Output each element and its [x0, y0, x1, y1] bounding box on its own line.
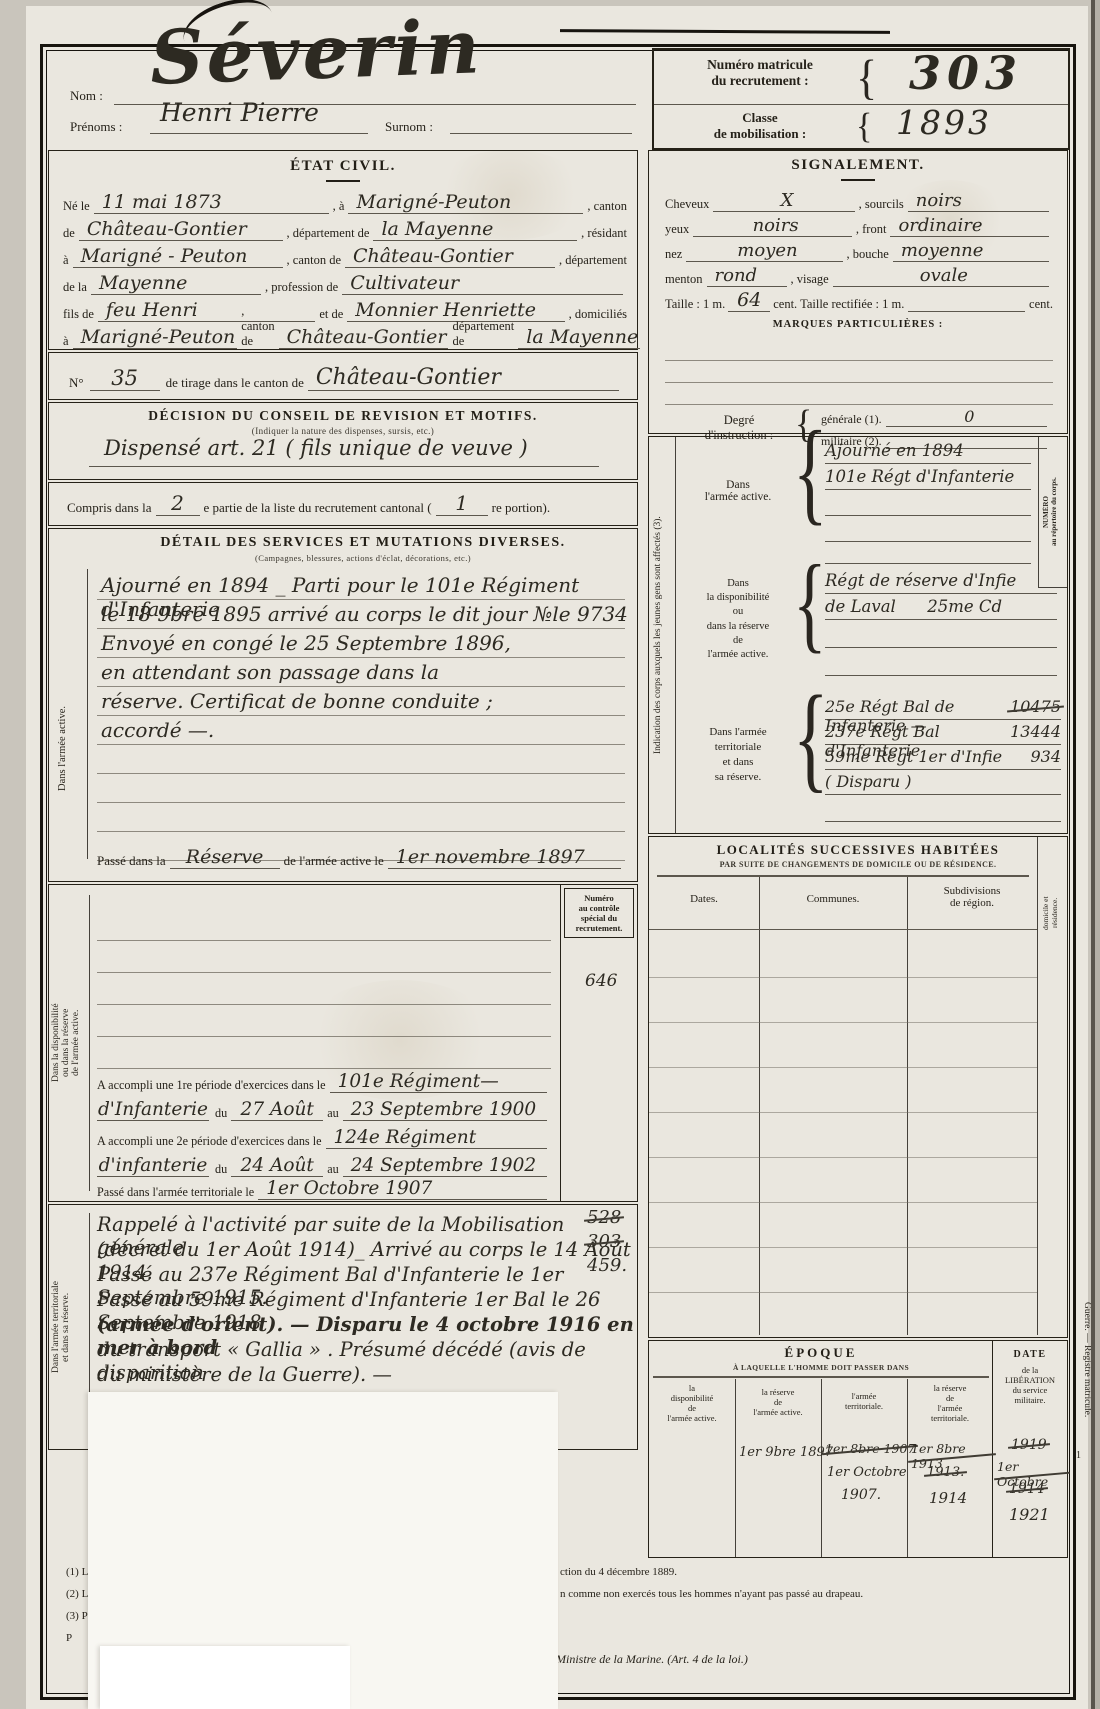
services-entry: le 18 9bre 1895 arrivé au corps le dit j… [101, 602, 628, 626]
blank-line [825, 653, 1057, 676]
signalement-line: mentonrond, visageovale [665, 262, 1053, 287]
services-entry: en attendant son passage dans la [101, 660, 439, 684]
date-liberation-value-struck: 1919 [1011, 1437, 1047, 1453]
disponibilite-section: Dans la disponibilité ou dans la réserve… [48, 884, 638, 1202]
corps-dispo-label: Dans la disponibilité ou dans la réserve… [683, 577, 793, 662]
front-label: , front [856, 222, 887, 237]
label: département de [452, 319, 514, 349]
label: de [63, 226, 75, 241]
corps-terr-entry: 59me Regt 1er d'Infie [825, 747, 1002, 769]
passe-reserve-date: 1er novembre 1897 [388, 846, 621, 869]
blank-line [825, 799, 1061, 822]
footnote-4: P [66, 1632, 72, 1644]
brace-icon: { [856, 49, 877, 105]
localites-side-label: domicile et résidence. [1041, 843, 1065, 983]
epoque-title: ÉPOQUE [649, 1345, 993, 1361]
parents-departement-value: la Mayenne [518, 326, 640, 349]
tirage-canton-value: Château-Gontier [308, 365, 619, 391]
label: à [63, 334, 69, 349]
cent-label: cent. [1029, 297, 1053, 312]
passe-reserve-label: Passé dans la [97, 853, 166, 869]
epoque-reserve-terr-struck: 1913. [927, 1465, 964, 1480]
territoriale-side-label: Dans l'armée territoriale et dans sa rés… [51, 1221, 83, 1433]
brace-icon: { [793, 672, 829, 808]
ruled-lines [649, 933, 1037, 1333]
label: de la [63, 280, 87, 295]
visage-label: , visage [791, 272, 829, 287]
localites-subtitle: PAR SUITE DE CHANGEMENTS DE DOMICILE OU … [649, 860, 1067, 869]
footnote-1-fragment: ction du 4 décembre 1889. [560, 1566, 677, 1578]
etat-civil-line: Né le11 mai 1873, àMarigné-Peuton, canto… [63, 187, 627, 214]
label: Né le [63, 199, 90, 214]
label: , département [559, 253, 627, 268]
tirage-number-value: 35 [90, 366, 160, 391]
decision-underline [89, 466, 599, 467]
date-liberation-title: DATE [993, 1349, 1067, 1360]
localites-section: LOCALITÉS SUCCESSIVES HABITÉES PAR SUITE… [648, 836, 1068, 1338]
decision-title: DÉCISION DU CONSEIL DE REVISION ET MOTIF… [49, 408, 637, 424]
services-entry: réserve. Certificat de bonne conduite ; [101, 689, 493, 713]
cheveux-label: Cheveux [665, 197, 709, 212]
blank-line [825, 545, 1031, 564]
services-side-label: Dans l'armée active. [57, 639, 68, 859]
brace-icon: { [793, 406, 828, 539]
nez-label: nez [665, 247, 682, 262]
decision-section: DÉCISION DU CONSEIL DE REVISION ET MOTIF… [48, 402, 638, 480]
corps-terr-entry-disparu: ( Disparu ) [825, 772, 912, 791]
tirage-section: N° 35 de tirage dans le canton de Châtea… [48, 352, 638, 400]
etat-civil-line: àMarigné-Peuton, canton deChâteau-Gontie… [63, 322, 627, 349]
matricule-box: Numéro matricule du recrutement : { 303 … [652, 48, 1070, 150]
footnote-2-fragment: n comme non exercés tous les hommes n'ay… [560, 1588, 863, 1600]
signalement-line: Taille : 1 m.64cent. Taille rectifiée : … [665, 287, 1053, 312]
numero-special-column: Numéro au contrôle spécial du recrutemen… [560, 885, 637, 1201]
title-rule [326, 180, 360, 182]
corps-active-label: Dans l'armée active. [683, 479, 793, 503]
prenoms-value: Henri Pierre [160, 98, 319, 127]
ruled-lines [665, 339, 1053, 405]
taille-rectifiee-blank [908, 311, 1025, 312]
side-margin-page-number: 1 [1076, 1450, 1081, 1461]
title-rule [841, 179, 875, 181]
localites-title: LOCALITÉS SUCCESSIVES HABITÉES [649, 842, 1067, 858]
etat-civil-title: ÉTAT CIVIL. [49, 158, 637, 175]
side-label-divider [89, 895, 90, 1191]
etat-civil-line: àMarigné - Peuton, canton deChâteau-Gont… [63, 241, 627, 268]
corps-terr-label: Dans l'armée territoriale et dans sa rés… [683, 725, 793, 784]
birth-place-value: Marigné-Peuton [348, 191, 583, 214]
etat-civil-line: deChâteau-Gontier, département dela Maye… [63, 214, 627, 241]
date-liberation-value: 1921 [1009, 1505, 1050, 1524]
departement-value: la Mayenne [373, 218, 577, 241]
menton-label: menton [665, 272, 703, 287]
epoque-section: DATE de la LIBÉRATION du service militai… [648, 1340, 1068, 1558]
label: , profession de [265, 280, 338, 295]
services-section: Dans l'armée active. DÉTAIL DES SERVICES… [48, 528, 638, 882]
residence-departement-value: Mayenne [91, 272, 261, 295]
corps-active-entry: Ajourné en 1894 [825, 441, 964, 460]
corps-row-terr: Dans l'armée territoriale et dans sa rés… [675, 695, 1067, 829]
corps-terr-number: 13444 [1010, 722, 1061, 744]
corps-side-label: Indication des corps auxquels les jeunes… [653, 443, 663, 827]
compris-label: e partie de la liste du recrutement cant… [204, 500, 432, 516]
epoque-main: ÉPOQUE À LAQUELLE L'HOMME DOIT PASSER DA… [649, 1341, 993, 1557]
compris-section: Compris dans la 2 e partie de la liste d… [48, 482, 638, 526]
corps-terr-number: 934 [1030, 747, 1061, 769]
nom-value: Séverin [149, 4, 484, 102]
localites-rule [657, 875, 1029, 877]
disponibilite-side-label: Dans la disponibilité ou dans la réserve… [51, 905, 87, 1181]
services-subtitle: (Campagnes, blessures, actions d'éclat, … [89, 553, 637, 563]
compris-label: re portion). [492, 500, 550, 516]
localites-col-dates: Dates. [649, 893, 759, 905]
periode1-debut: 27 Août [231, 1099, 323, 1121]
degre-generale-value: 0 [886, 407, 1047, 427]
epoque-subtitle: À LAQUELLE L'HOMME DOIT PASSER DANS [649, 1363, 993, 1372]
marques-label: MARQUES PARTICULIÈRES : [649, 319, 1067, 330]
tirage-no-label: N° [69, 375, 84, 391]
brace-icon: { [793, 543, 827, 667]
surnom-underline [450, 133, 632, 134]
margin-number: 459. [587, 1255, 627, 1276]
numero-special-header: Numéro au contrôle spécial du recrutemen… [564, 888, 634, 938]
front-value: ordinaire [890, 215, 1049, 237]
decision-subtitle: (Indiquer la nature des dispenses, sursi… [49, 426, 637, 436]
label: , canton de [241, 304, 274, 349]
matricule-value: 303 [909, 46, 1023, 100]
menton-value: rond [707, 265, 787, 287]
services-entry: accordé —. [101, 718, 214, 742]
signalement-line: CheveuxX, sourcilsnoirs [665, 187, 1053, 212]
epoque-territoriale-value: 1er Octobre [827, 1465, 907, 1480]
passe-reserve-label2: de l'armée active le [284, 853, 384, 869]
corps-active-entry: 101e Régt d'Infanterie [825, 467, 1014, 486]
signalement-section: SIGNALEMENT. CheveuxX, sourcilsnoirs yeu… [648, 150, 1068, 434]
margin-number-struck: 528 [587, 1207, 621, 1228]
label-du: du [215, 1106, 227, 1121]
epoque-col2-header: la réserve de l'armée active. [735, 1387, 821, 1417]
corps-dispo-entry: de Laval 25me Cd [825, 597, 1002, 616]
label: , canton de [287, 253, 342, 268]
label: à [63, 253, 69, 268]
passe-territoriale-date: 1er Octobre 1907 [258, 1178, 547, 1200]
periode2-debut: 24 Août [231, 1155, 323, 1177]
footnote-2: (2) L' [66, 1588, 90, 1600]
services-entry: Envoyé en congé le 25 Septembre 1896, [101, 631, 511, 655]
etat-civil-section: ÉTAT CIVIL. Né le11 mai 1873, àMarigné-P… [48, 150, 638, 350]
visage-value: ovale [833, 265, 1049, 287]
corps-line: 101e Régt d'Infanterie [825, 467, 1031, 490]
portion-value: 1 [436, 491, 488, 516]
date-liberation-value-struck: 1914 [1009, 1481, 1045, 1497]
epoque-col4-header: la réserve de l'armée territoriale. [907, 1383, 993, 1423]
corps-line: 237e Régt Bal d'Infanterie 13444 [825, 722, 1061, 745]
tirage-label: de tirage dans le canton de [166, 375, 304, 391]
label: , département de [287, 226, 370, 241]
residence-value: Marigné - Peuton [73, 245, 283, 268]
corps-side-strip: Indication des corps auxquels les jeunes… [649, 437, 676, 833]
matricule-sheet: Nom : Séverin Prénoms : Henri Pierre Sur… [0, 0, 1100, 1709]
residence-canton-value: Château-Gontier [345, 245, 555, 268]
label: , domiciliés [569, 307, 627, 322]
father-value: feu Henri [98, 299, 315, 322]
epoque-col1-header: la disponibilité de l'armée active. [649, 1383, 735, 1423]
signalement-title: SIGNALEMENT. [649, 157, 1067, 174]
corps-affectation-section: Indication des corps auxquels les jeunes… [648, 436, 1068, 834]
compris-label: Compris dans la [67, 500, 152, 516]
label: et de [319, 307, 343, 322]
periode1-regiment: 101e Régiment— [330, 1071, 547, 1093]
corps-row-active: Dans l'armée active. { Ajourné en 1894 1… [675, 437, 1067, 565]
bouche-label: , bouche [847, 247, 889, 262]
scan-page-edge-shade [1095, 0, 1100, 1709]
epoque-territoriale-value: 1907. [841, 1487, 881, 1503]
paper-slip-overlay-bright [100, 1646, 350, 1709]
epoque-rule [653, 1376, 989, 1378]
bouche-value: moyenne [893, 240, 1049, 262]
column-divider [1037, 837, 1038, 1335]
corps-line: ( Disparu ) [825, 772, 1061, 795]
margin-number-struck: 303 [587, 1231, 621, 1252]
periode2-arme: d'infanterie [97, 1155, 209, 1177]
etat-civil-line: de laMayenne, profession deCultivateur [63, 268, 627, 295]
periode2-fin: 24 Septembre 1902 [343, 1155, 547, 1177]
blank-line [825, 519, 1031, 542]
corps-terr-number-struck: 10475 [1010, 697, 1061, 719]
classe-label: Classe de mobilisation : [670, 110, 850, 142]
periode1-fin: 23 Septembre 1900 [343, 1099, 547, 1121]
label-au: au [327, 1106, 339, 1121]
surnom-label: Surnom : [385, 119, 433, 135]
epoque-reserve-terr-value: 1914 [929, 1489, 967, 1507]
taille-label: Taille : 1 m. [665, 297, 725, 312]
side-margin-label: Guerre. — Registre matricule. [1072, 1280, 1092, 1440]
ministre-marine-note: Ministre de la Marine. (Art. 4 de la loi… [556, 1652, 748, 1667]
corps-dispo-entry: Régt de réserve d'Infie [825, 571, 1016, 590]
label-du: du [215, 1162, 227, 1177]
label-au: au [327, 1162, 339, 1177]
corps-terr-entry: 25e Régt Bal de Infanterie — [825, 697, 1010, 719]
date-liberation-column: DATE de la LIBÉRATION du service militai… [992, 1341, 1067, 1557]
birth-date-value: 11 mai 1873 [94, 191, 329, 214]
corps-terr-entry: 237e Régt Bal d'Infanterie [825, 722, 1010, 744]
matricule-label: Numéro matricule du recrutement : [670, 57, 850, 89]
cheveux-value: X [713, 190, 854, 212]
etat-civil-line: fils defeu Henriet deMonnier Henriette, … [63, 295, 627, 322]
epoque-territoriale-struck: 1er 8bre 1907 [825, 1441, 915, 1456]
footnote-3: (3) P [66, 1610, 88, 1622]
degre-generale-label: générale (1). [821, 412, 882, 427]
canton-value: Château-Gontier [79, 218, 283, 241]
date-liberation-label: de la LIBÉRATION du service militaire. [993, 1365, 1067, 1405]
corps-line: Ajourné en 1894 [825, 441, 1031, 464]
label: , canton [587, 199, 627, 214]
taille-value: 64 [728, 289, 770, 312]
periode2-regiment: 124e Régiment [326, 1127, 547, 1149]
periode1-arme: d'Infanterie [97, 1099, 209, 1121]
localites-col-subdivisions: Subdivisions de région. [907, 885, 1037, 909]
corps-row-dispo: Dans la disponibilité ou dans la réserve… [675, 569, 1067, 691]
side-label-divider [87, 569, 88, 859]
brace-icon: { [856, 107, 872, 147]
numero-special-label: Numéro au contrôle spécial du recrutemen… [565, 893, 633, 933]
profession-value: Cultivateur [342, 272, 623, 295]
taille-rectifiee-label: cent. Taille rectifiée : 1 m. [773, 297, 904, 312]
nez-value: moyen [686, 240, 842, 262]
decision-value: Dispensé art. 21 ( fils unique de veuve … [104, 436, 528, 460]
signalement-line: yeuxnoirs, frontordinaire [665, 212, 1053, 237]
yeux-value: noirs [693, 215, 852, 237]
sourcils-label: , sourcils [859, 197, 904, 212]
corps-line: de Laval 25me Cd [825, 597, 1057, 620]
nom-label: Nom : [70, 88, 103, 104]
parents-residence-value: Marigné-Peuton [73, 326, 238, 349]
corps-line: 59me Regt 1er d'Infie 934 [825, 747, 1061, 770]
parents-canton-value: Château-Gontier [279, 326, 449, 349]
blank-line [825, 493, 1031, 516]
services-title: DÉTAIL DES SERVICES ET MUTATIONS DIVERSE… [89, 535, 637, 551]
header-divider [649, 929, 1037, 930]
corps-line: 25e Régt Bal de Infanterie — 10475 [825, 697, 1061, 720]
ruled-lines [97, 909, 551, 1069]
epoque-reserve-value: 1er 9bre 1897 [739, 1445, 833, 1460]
yeux-label: yeux [665, 222, 689, 237]
label: , résidant [581, 226, 627, 241]
prenoms-label: Prénoms : [70, 119, 122, 135]
territoriale-entry: du ministère de la Guerre). — [97, 1363, 392, 1386]
blank-line [825, 625, 1057, 648]
signalement-line: nezmoyen, bouchemoyenne [665, 237, 1053, 262]
liste-partie-value: 2 [156, 491, 200, 516]
label: fils de [63, 307, 94, 322]
classe-value: 1893 [896, 103, 992, 142]
corps-line: Régt de réserve d'Infie [825, 571, 1057, 594]
epoque-col3-header: l'armée territoriale. [821, 1391, 907, 1411]
localites-col-communes: Communes. [759, 893, 907, 905]
label: , à [333, 199, 345, 214]
numero-special-value: 646 [585, 971, 617, 991]
periode2-label: A accompli une 2e période d'exercices da… [97, 1134, 322, 1149]
sourcils-value: noirs [908, 190, 1049, 212]
passe-territoriale-label: Passé dans l'armée territoriale le [97, 1185, 254, 1200]
prenoms-underline [150, 133, 368, 134]
passe-reserve-value: Réserve [170, 846, 280, 869]
periode1-label: A accompli une 1re période d'exercices d… [97, 1078, 326, 1093]
